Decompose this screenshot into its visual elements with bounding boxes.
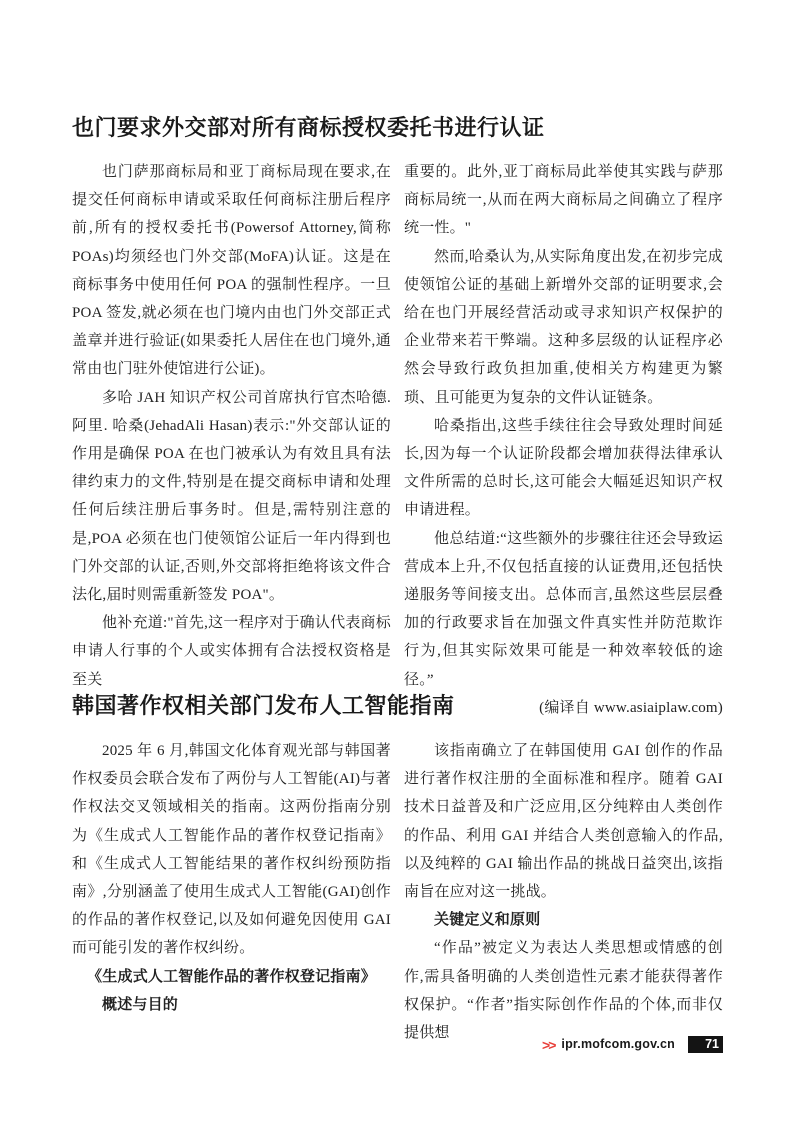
page-number-badge: 71 (688, 1036, 723, 1053)
overview-subhead: 概述与目的 (72, 991, 391, 1019)
paragraph: 2025 年 6 月,韩国文化体育观光部与韩国著作权委员会联合发布了两份与人工智… (72, 737, 391, 963)
paragraph: 然而,哈桑认为,从实际角度出发,在初步完成使领馆公证的基础上新增外交部的证明要求… (404, 243, 723, 412)
article-2-title: 韩国著作权相关部门发布人工智能指南 (72, 692, 732, 720)
page-number: 71 (705, 1038, 719, 1051)
article-1-title: 也门要求外交部对所有商标授权委托书进行认证 (72, 114, 732, 142)
paragraph: 多哈 JAH 知识产权公司首席执行官杰哈德. 阿里. 哈桑(JehadAli H… (72, 384, 391, 610)
page-footer: >> ipr.mofcom.gov.cn 71 (542, 1036, 723, 1053)
paragraph: 重要的。此外,亚丁商标局此举使其实践与萨那商标局统一,从而在两大商标局之间确立了… (404, 158, 723, 243)
document-page: 也门要求外交部对所有商标授权委托书进行认证 也门萨那商标局和亚丁商标局现在要求,… (0, 0, 794, 1123)
paragraph: 他总结道:“这些额外的步骤往往还会导致运营成本上升,不仅包括直接的认证费用,还包… (404, 525, 723, 694)
article-1-right-column: 重要的。此外,亚丁商标局此举使其实践与萨那商标局统一,从而在两大商标局之间确立了… (404, 158, 723, 722)
footer-url: ipr.mofcom.gov.cn (561, 1038, 675, 1051)
key-definitions-subhead: 关键定义和原则 (404, 906, 723, 934)
paragraph: “作品”被定义为表达人类思想或情感的创作,需具备明确的人类创造性元素才能获得著作… (404, 934, 723, 1047)
article-2-left-column: 2025 年 6 月,韩国文化体育观光部与韩国著作权委员会联合发布了两份与人工智… (72, 737, 391, 1019)
paragraph: 他补充道:"首先,这一程序对于确认代表商标申请人行事的个人或实体拥有合法授权资格… (72, 609, 391, 694)
guide-title-subhead: 《生成式人工智能作品的著作权登记指南》 (72, 963, 391, 991)
paragraph: 哈桑指出,这些手续往往会导致处理时间延长,因为每一个认证阶段都会增加获得法律承认… (404, 412, 723, 525)
paragraph: 该指南确立了在韩国使用 GAI 创作的作品进行著作权注册的全面标准和程序。随着 … (404, 737, 723, 906)
article-1-left-column: 也门萨那商标局和亚丁商标局现在要求,在提交任何商标申请或采取任何商标注册后程序前… (72, 158, 391, 694)
double-chevron-right-icon: >> (542, 1038, 554, 1052)
article-2-right-column: 该指南确立了在韩国使用 GAI 创作的作品进行著作权注册的全面标准和程序。随着 … (404, 737, 723, 1047)
paragraph: 也门萨那商标局和亚丁商标局现在要求,在提交任何商标申请或采取任何商标注册后程序前… (72, 158, 391, 384)
